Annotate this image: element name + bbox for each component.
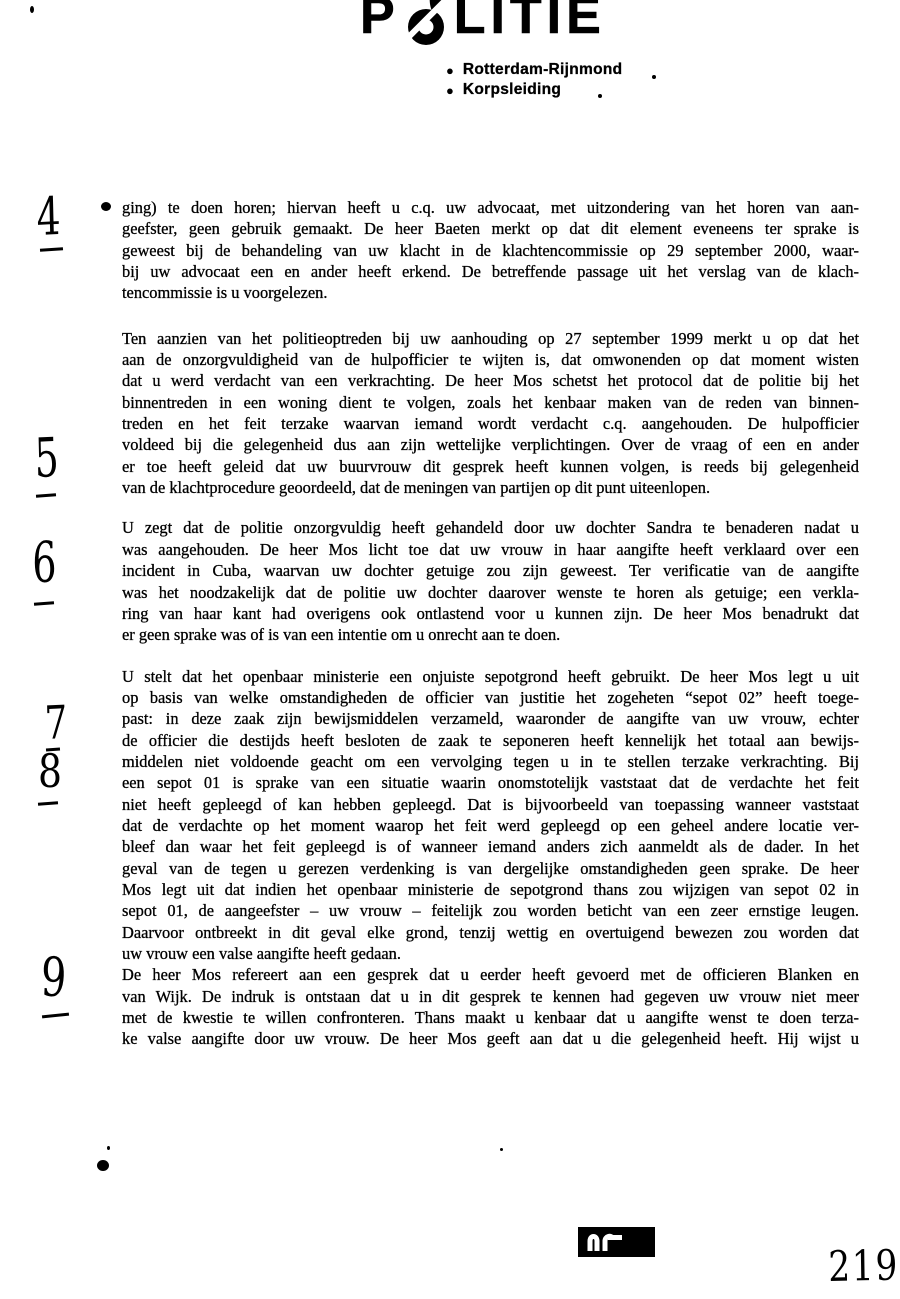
- scan-speck: [107, 1146, 110, 1150]
- text-line: middelen niet voldoende geacht om een ve…: [122, 751, 859, 772]
- text-line: voldeed bij die gelegenheid dus aan zijn…: [122, 434, 859, 455]
- paragraph-3: U zegt dat de politie onzorgvuldig heeft…: [122, 517, 859, 645]
- unit-label-region: Rotterdam-Rijnmond: [463, 61, 623, 79]
- paragraph-5: De heer Mos refereert aan een gesprek da…: [122, 964, 859, 1049]
- text-line: bij uw advocaat een en ander heeft erken…: [122, 261, 859, 282]
- paragraph-4: U stelt dat het openbaar ministerie een …: [122, 666, 859, 965]
- handwritten-margin-number-9: 9: [40, 950, 67, 1006]
- text-line: dat u werd verdacht van een verkrachting…: [122, 370, 859, 391]
- handwritten-underline: [40, 247, 63, 252]
- text-line: aan de onzorgvuldigheid van de hulpoffic…: [122, 349, 859, 370]
- handwritten-underline: [38, 801, 58, 805]
- text-line: ke valse aangifte door uw vrouw. De heer…: [122, 1028, 859, 1049]
- unit-row: ● Rotterdam-Rijnmond: [446, 60, 622, 80]
- text-line: met de kwestie te willen confronteren. T…: [122, 1007, 859, 1028]
- unit-label-korpsleiding: Korpsleiding: [463, 81, 561, 99]
- scanner-registration-mark: [578, 1227, 655, 1257]
- text-line: sepot 01, de aangeefster – uw vrouw – fe…: [122, 900, 859, 921]
- politie-logo: P LITIE: [360, 0, 606, 48]
- text-line: geval van de tegen u gerezen verdenking …: [122, 858, 859, 879]
- text-line: Ten aanzien van het politieoptreden bij …: [122, 328, 859, 349]
- text-line: U stelt dat het openbaar ministerie een …: [122, 666, 859, 687]
- handwritten-margin-number-6: 6: [32, 535, 57, 592]
- text-line: op basis van welke omstandigheden de off…: [122, 687, 859, 708]
- unit-row: ● Korpsleiding: [446, 80, 622, 100]
- paragraph-1: ging) te doen horen; hiervan heeft u c.q…: [122, 197, 859, 304]
- text-line: niet heeft gepleegd of kan hebben geplee…: [122, 794, 859, 815]
- text-line: uw vrouw een valse aangifte heeft gedaan…: [122, 943, 859, 964]
- paragraph-2: Ten aanzien van het politieoptreden bij …: [122, 328, 859, 499]
- text-line: ring van haar kant had overigens ook ont…: [122, 603, 859, 624]
- text-line: past: in deze zaak zijn bewijsmiddelen v…: [122, 708, 859, 729]
- text-line: Daarvoor ontbreekt in dit geval elke gro…: [122, 922, 859, 943]
- text-line: geefster, geen gebruik gemaakt. De heer …: [122, 218, 859, 239]
- text-line: was aangehouden. De heer Mos licht toe d…: [122, 539, 859, 560]
- logo-text-p: P: [360, 0, 400, 46]
- text-line: ging) te doen horen; hiervan heeft u c.q…: [122, 197, 859, 218]
- text-line: van de klachtprocedure geoordeeld, dat d…: [122, 477, 859, 498]
- handwritten-underline: [34, 601, 54, 605]
- handwritten-underline: [36, 493, 56, 497]
- text-line: dat de verdachte op het moment waarop he…: [122, 815, 859, 836]
- text-line: er toe heeft geleid dat uw buurvrouw dit…: [122, 456, 859, 477]
- handwritten-margin-number-7: 7: [44, 699, 68, 746]
- handwritten-underline: [42, 1013, 69, 1019]
- scan-speck: [652, 75, 656, 79]
- text-line: er geen sprake was of is van een intenti…: [122, 624, 859, 645]
- politie-grenade-icon: [402, 0, 452, 48]
- letter-body: ging) te doen horen; hiervan heeft u c.q…: [122, 197, 859, 1050]
- scan-speck: [500, 1148, 503, 1151]
- text-line: Mos legt uit dat indien het openbaar min…: [122, 879, 859, 900]
- text-line: een sepot 01 is sprake van een situatie …: [122, 772, 859, 793]
- scan-speck: [598, 94, 602, 98]
- bullet-icon: ●: [446, 84, 454, 97]
- bullet-icon: [101, 202, 111, 211]
- handwritten-margin-number-5: 5: [34, 431, 59, 486]
- text-line: U zegt dat de politie onzorgvuldig heeft…: [122, 517, 859, 538]
- text-line: De heer Mos refereert aan een gesprek da…: [122, 964, 859, 985]
- text-line: was het noodzakelijk dat de politie uw d…: [122, 582, 859, 603]
- bullet-icon: [97, 1160, 109, 1171]
- bullet-icon: ●: [446, 64, 454, 77]
- logo-text-litie: LITIE: [454, 0, 606, 46]
- text-line: binnentreden in een woning dient te volg…: [122, 392, 859, 413]
- text-line: tencommissie is u voorgelezen.: [122, 282, 859, 303]
- handwritten-page-number: 219: [828, 1244, 899, 1287]
- text-line: treden en het feit terzake waarvan ieman…: [122, 413, 859, 434]
- text-line: bleef dan waar het feit gepleegd is of w…: [122, 836, 859, 857]
- text-line: geweest bij de behandeling van uw klacht…: [122, 240, 859, 261]
- handwritten-margin-number-4: 4: [36, 191, 61, 244]
- text-line: incident in Cuba, waarvan uw dochter get…: [122, 560, 859, 581]
- letterhead-units: ● Rotterdam-Rijnmond ● Korpsleiding: [446, 60, 622, 100]
- scan-speck: [30, 6, 34, 13]
- handwritten-margin-number-8: 8: [38, 748, 62, 794]
- text-line: de officier die destijds heeft besloten …: [122, 730, 859, 751]
- scanned-letter-page: P LITIE ● Rotterdam-Rijnmond ● Korpsleid…: [0, 0, 900, 1299]
- text-line: van Wijk. De indruk is ontstaan dat u in…: [122, 986, 859, 1007]
